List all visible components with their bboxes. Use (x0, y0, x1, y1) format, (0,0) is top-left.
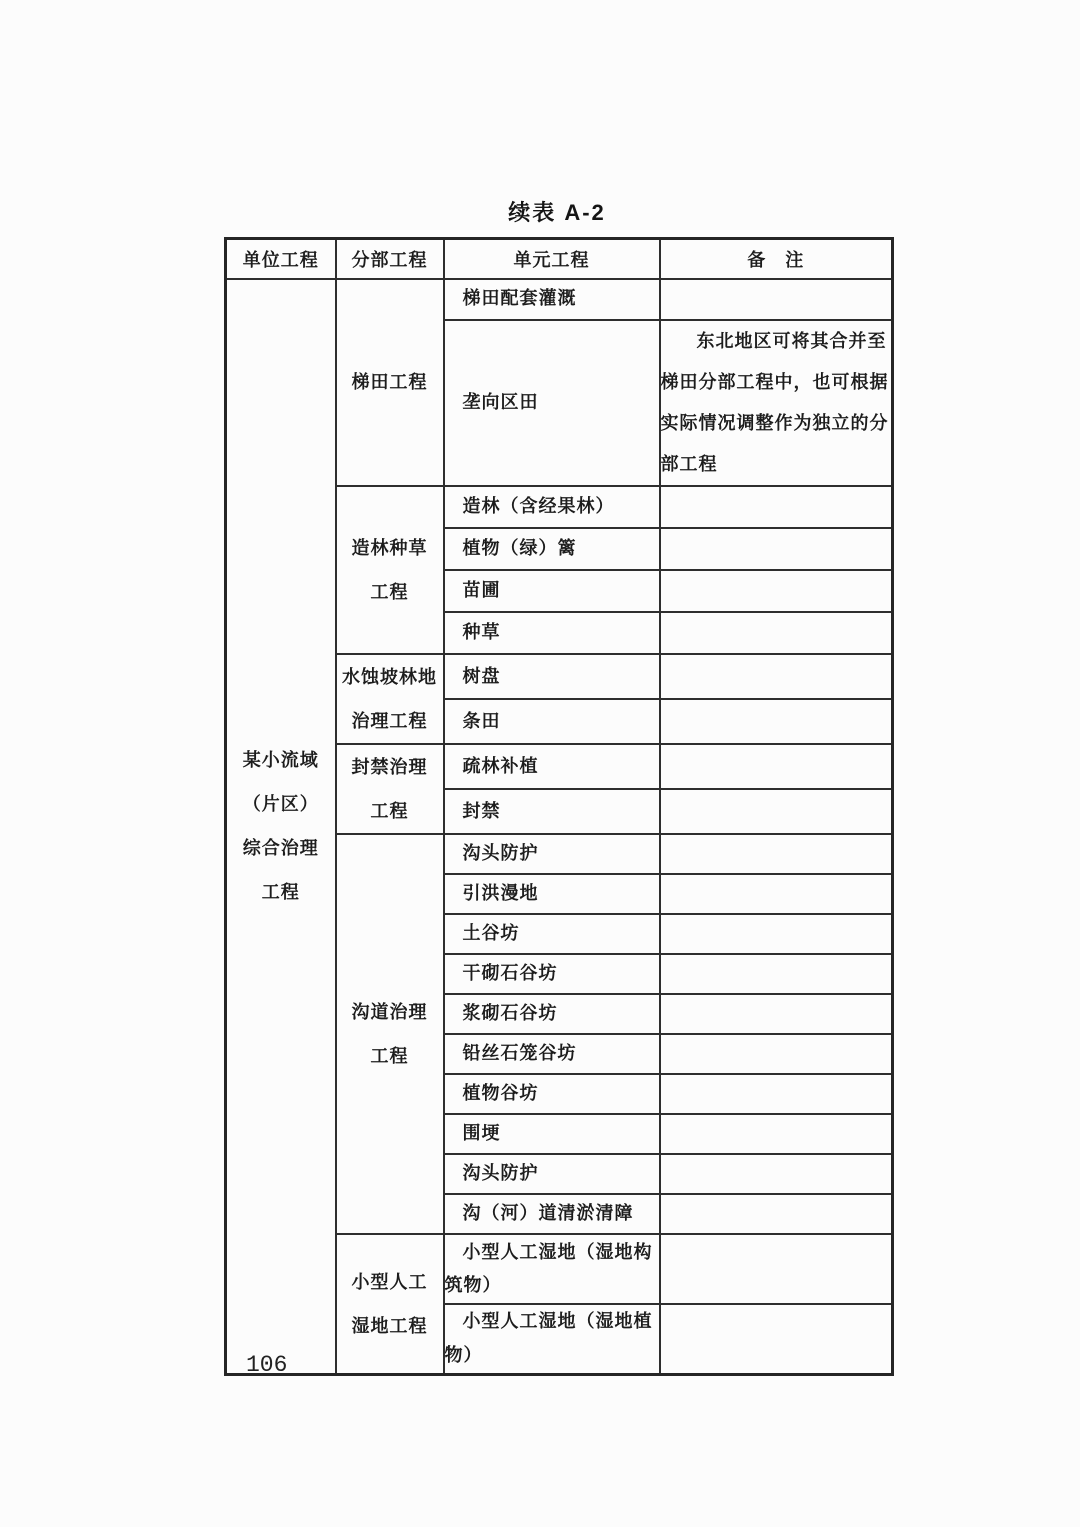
table-header-row: 单位工程 分部工程 单元工程 备 注 (226, 239, 893, 279)
element-cell: 植物（绿）篱 (444, 528, 660, 570)
remark-cell (660, 570, 893, 612)
division-cell-terrace: 梯田工程 (336, 279, 444, 486)
remark-cell (660, 1304, 893, 1374)
col-header-remarks: 备 注 (660, 239, 893, 279)
remark-cell (660, 486, 893, 528)
element-cell: 树盘 (444, 654, 660, 699)
remark-cell (660, 1034, 893, 1074)
col-header-element-project: 单元工程 (444, 239, 660, 279)
remark-cell (660, 528, 893, 570)
remark-cell (660, 699, 893, 744)
element-cell: 造林（含经果林） (444, 486, 660, 528)
element-cell: 种草 (444, 612, 660, 654)
remark-cell (660, 279, 893, 320)
element-cell: 围埂 (444, 1114, 660, 1154)
remark-cell (660, 1074, 893, 1114)
element-cell: 铅丝石笼谷坊 (444, 1034, 660, 1074)
remark-cell (660, 1234, 893, 1304)
remark-cell (660, 994, 893, 1034)
remark-cell (660, 874, 893, 914)
element-cell: 引洪漫地 (444, 874, 660, 914)
remark-cell (660, 654, 893, 699)
element-cell: 沟（河）道清淤清障 (444, 1194, 660, 1234)
remark-cell (660, 744, 893, 789)
element-cell: 土谷坊 (444, 914, 660, 954)
page-number: 106 (246, 1352, 287, 1378)
scanned-document-page: 续表 A-2 单位工程 分部工程 单元工程 备 注 某小流域 （片区） 综合治理… (0, 0, 1080, 1527)
element-cell: 梯田配套灌溉 (444, 279, 660, 320)
division-cell-closure-management: 封禁治理 工程 (336, 744, 444, 834)
element-cell: 浆砌石谷坊 (444, 994, 660, 1034)
element-cell: 沟头防护 (444, 1154, 660, 1194)
element-cell: 封禁 (444, 789, 660, 834)
division-cell-water-erosion-slope: 水蚀坡林地 治理工程 (336, 654, 444, 744)
remark-cell (660, 1114, 893, 1154)
element-cell: 疏林补植 (444, 744, 660, 789)
element-cell: 垄向区田 (444, 320, 660, 486)
element-cell: 干砌石谷坊 (444, 954, 660, 994)
remark-cell (660, 1194, 893, 1234)
division-cell-artificial-wetland: 小型人工 湿地工程 (336, 1234, 444, 1374)
remark-cell (660, 834, 893, 874)
unit-project-cell: 某小流域 （片区） 综合治理 工程 (226, 279, 336, 1375)
element-cell: 苗圃 (444, 570, 660, 612)
col-header-division-project: 分部工程 (336, 239, 444, 279)
remark-cell: 东北地区可将其合并至梯田分部工程中，也可根据实际情况调整作为独立的分部工程 (660, 320, 893, 486)
remark-cell (660, 789, 893, 834)
remark-cell (660, 612, 893, 654)
element-cell: 小型人工湿地（湿地植物） (444, 1304, 660, 1374)
element-cell: 小型人工湿地（湿地构筑物） (444, 1234, 660, 1304)
division-cell-gully-management: 沟道治理 工程 (336, 834, 444, 1234)
remark-cell (660, 954, 893, 994)
remark-cell (660, 1154, 893, 1194)
division-cell-afforestation: 造林种草 工程 (336, 486, 444, 654)
table-row: 某小流域 （片区） 综合治理 工程 梯田工程 梯田配套灌溉 (226, 279, 893, 320)
col-header-unit-project: 单位工程 (226, 239, 336, 279)
element-cell: 沟头防护 (444, 834, 660, 874)
project-division-table: 单位工程 分部工程 单元工程 备 注 某小流域 （片区） 综合治理 工程 梯田工… (224, 237, 894, 1376)
table-title: 续表 A-2 (222, 196, 892, 227)
element-cell: 条田 (444, 699, 660, 744)
remark-cell (660, 914, 893, 954)
element-cell: 植物谷坊 (444, 1074, 660, 1114)
